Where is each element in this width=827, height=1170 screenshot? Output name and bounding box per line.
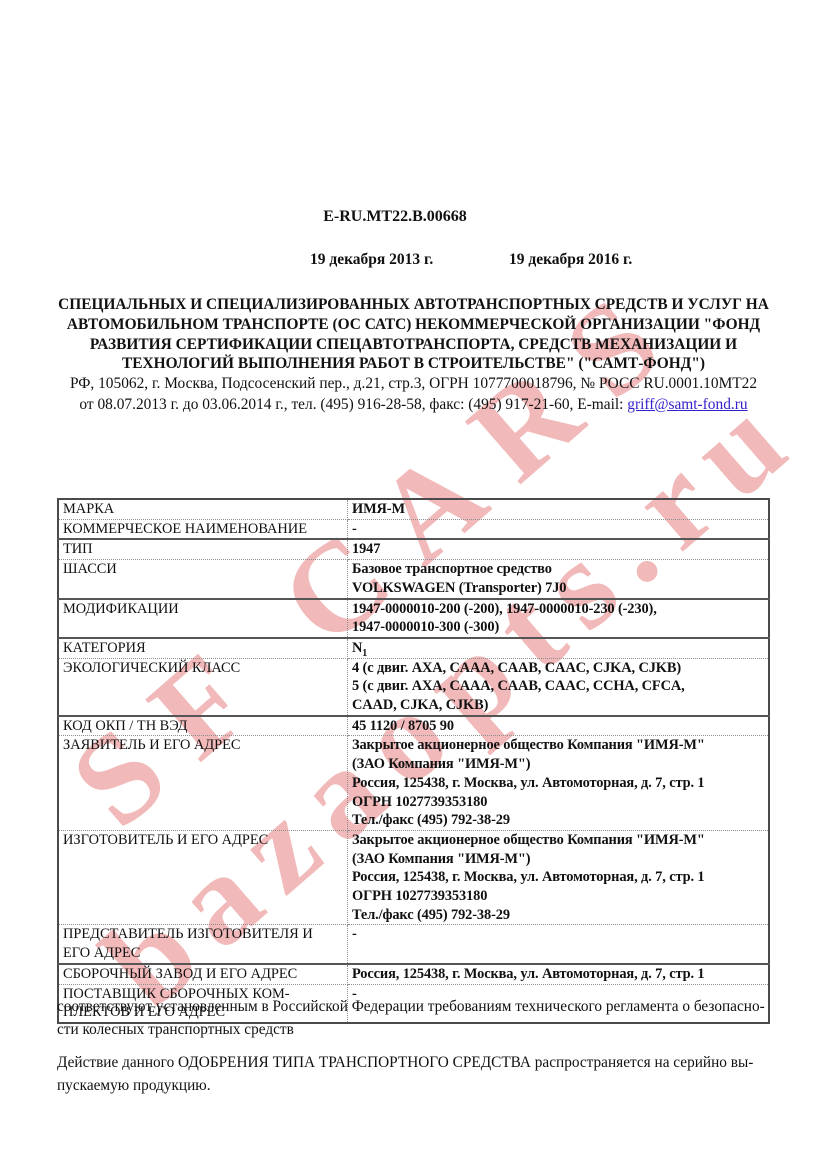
spec-value: - <box>348 925 770 964</box>
spec-value: 45 1120 / 8705 90 <box>348 716 770 736</box>
table-row-chassis: ШАССИ Базовое транспортное средство VOLK… <box>58 560 769 599</box>
certification-body-block: СПЕЦИАЛЬНЫХ И СПЕЦИАЛИЗИРОВАННЫХ АВТОТРА… <box>57 295 770 415</box>
table-row-modifications: МОДИФИКАЦИИ 1947-0000010-200 (-200), 194… <box>58 599 769 638</box>
spec-value: Закрытое акционерное общество Компания "… <box>348 736 770 831</box>
spec-label: СБОРОЧНЫЙ ЗАВОД И ЕГО АДРЕС <box>58 964 348 984</box>
spec-label: ТИП <box>58 539 348 559</box>
spec-label: МОДИФИКАЦИИ <box>58 599 348 638</box>
spec-label: КОД ОКП / ТН ВЭД <box>58 716 348 736</box>
expiry-date: 19 декабря 2016 г. <box>509 251 632 269</box>
table-row-commercial-name: КОММЕРЧЕСКОЕ НАИМЕНОВАНИЕ - <box>58 519 769 539</box>
spec-label: ШАССИ <box>58 560 348 599</box>
spec-value: Россия, 125438, г. Москва, ул. Автомотор… <box>348 964 770 984</box>
table-row-marka: МАРКА ИМЯ-М <box>58 499 769 519</box>
spec-value: N1 <box>348 638 770 658</box>
table-row-category: КАТЕГОРИЯ N1 <box>58 638 769 658</box>
document-page: SF CARS bazaopts.ru E-RU.MT22.B.00668 19… <box>0 0 827 1170</box>
spec-label: ЭКОЛОГИЧЕСКИЙ КЛАСС <box>58 658 348 716</box>
category-subscript: 1 <box>362 648 367 658</box>
spec-label: КАТЕГОРИЯ <box>58 638 348 658</box>
spec-value: - <box>348 519 770 539</box>
spec-value: 1947 <box>348 539 770 559</box>
certification-body-name: СПЕЦИАЛЬНЫХ И СПЕЦИАЛИЗИРОВАННЫХ АВТОТРА… <box>57 295 770 374</box>
spec-value: Закрытое акционерное общество Компания "… <box>348 830 770 925</box>
spec-label: МАРКА <box>58 499 348 519</box>
spec-label: ЗАЯВИТЕЛЬ И ЕГО АДРЕС <box>58 736 348 831</box>
spec-value: ИМЯ-М <box>348 499 770 519</box>
approval-number: E-RU.MT22.B.00668 <box>57 208 733 226</box>
spec-value: 4 (с двиг. AXA, CAAA, CAAB, CAAC, CJKA, … <box>348 658 770 716</box>
table-row-applicant: ЗАЯВИТЕЛЬ И ЕГО АДРЕС Закрытое акционерн… <box>58 736 769 831</box>
spec-value: Базовое транспортное средство VOLKSWAGEN… <box>348 560 770 599</box>
table-row-eco-class: ЭКОЛОГИЧЕСКИЙ КЛАСС 4 (с двиг. AXA, CAAA… <box>58 658 769 716</box>
email-link[interactable]: griff@samt-fond.ru <box>627 396 747 413</box>
validity-statement: Действие данного ОДОБРЕНИЯ ТИПА ТРАНСПОР… <box>57 1052 770 1097</box>
spec-label: КОММЕРЧЕСКОЕ НАИМЕНОВАНИЕ <box>58 519 348 539</box>
issue-date: 19 декабря 2013 г. <box>310 251 433 269</box>
spec-label: ИЗГОТОВИТЕЛЬ И ЕГО АДРЕС <box>58 830 348 925</box>
vehicle-spec-table: МАРКА ИМЯ-М КОММЕРЧЕСКОЕ НАИМЕНОВАНИЕ - … <box>57 498 770 1024</box>
footer-statements: соответствуют установленным в Российской… <box>57 996 770 1108</box>
table-row-representative: ПРЕДСТАВИТЕЛЬ ИЗГОТОВИТЕЛЯ И ЕГО АДРЕС - <box>58 925 769 964</box>
table-row-type: ТИП 1947 <box>58 539 769 559</box>
table-row-manufacturer: ИЗГОТОВИТЕЛЬ И ЕГО АДРЕС Закрытое акцион… <box>58 830 769 925</box>
certification-body-registration: РФ, 105062, г. Москва, Подсосенский пер.… <box>57 374 770 395</box>
table-row-okp-code: КОД ОКП / ТН ВЭД 45 1120 / 8705 90 <box>58 716 769 736</box>
certification-body-contacts: от 08.07.2013 г. до 03.06.2014 г., тел. … <box>79 396 627 413</box>
table-row-assembly-plant: СБОРОЧНЫЙ ЗАВОД И ЕГО АДРЕС Россия, 1254… <box>58 964 769 984</box>
conformity-statement: соответствуют установленным в Российской… <box>57 996 770 1041</box>
spec-label: ПРЕДСТАВИТЕЛЬ ИЗГОТОВИТЕЛЯ И ЕГО АДРЕС <box>58 925 348 964</box>
spec-value: 1947-0000010-200 (-200), 1947-0000010-23… <box>348 599 770 638</box>
